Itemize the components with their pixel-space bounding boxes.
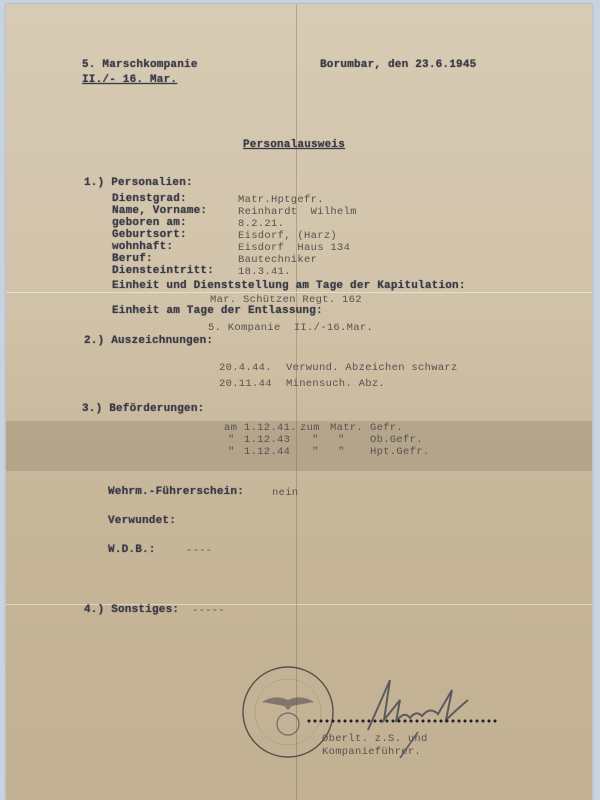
place-date: Borumbar, den 23.6.1945 <box>320 59 476 71</box>
field-label-beruf: Beruf: <box>112 253 153 265</box>
promotion-rank-prefix: Matr. <box>330 422 363 434</box>
field-value-name: Reinhardt Wilhelm <box>238 206 357 218</box>
field-value-diensteintritt: 18.3.41. <box>238 266 291 278</box>
promotion-rank: Hpt.Gefr. <box>370 446 429 458</box>
horizontal-fold <box>6 292 592 293</box>
award-date: 20.4.44. <box>219 362 272 374</box>
wdb-value: ---- <box>186 545 212 557</box>
field-value-geboren: 8.2.21. <box>238 218 284 230</box>
signature-rank-line: Oberlt. z.S. und <box>322 733 428 745</box>
fuehrerschein-value: nein <box>272 487 298 499</box>
award-text: Verwund. Abzeichen schwarz <box>286 362 458 374</box>
signature-role-line: Kompanieführer. <box>322 746 421 758</box>
field-label-geboren: geboren am: <box>112 217 187 229</box>
field-label-name: Name, Vorname: <box>112 205 207 217</box>
award-text: Minensuch. Abz. <box>286 378 385 390</box>
document-title: Personalausweis <box>243 139 345 151</box>
wdb-label: W.D.B.: <box>108 544 156 556</box>
field-value-beruf: Bautechniker <box>238 254 317 266</box>
section-befoerderungen-heading: 3.) Beförderungen: <box>82 403 204 415</box>
shadow-band <box>6 421 592 471</box>
field-label-geburtsort: Geburtsort: <box>112 229 187 241</box>
sonstiges-value: ----- <box>192 605 225 617</box>
field-label-wohnhaft: wohnhaft: <box>112 241 173 253</box>
unit-line-2: II./- 16. Mar. <box>82 74 177 86</box>
promotion-prefix: " <box>228 446 235 458</box>
promotion-rank: Gefr. <box>370 422 403 434</box>
unit-line-1: 5. Marschkompanie <box>82 59 198 71</box>
promotion-rank: Ob.Gefr. <box>370 434 423 446</box>
promotion-mid: " <box>312 434 319 446</box>
signature-dotted-line <box>306 719 498 723</box>
field-value-geburtsort: Eisdorf, (Harz) <box>238 230 337 242</box>
promotion-date: 1.12.44 <box>244 446 290 458</box>
promotion-prefix: am <box>224 422 237 434</box>
fuehrerschein-label: Wehrm.-Führerschein: <box>108 486 244 498</box>
promotion-mid: zum <box>300 422 320 434</box>
entlassung-value: 5. Kompanie II./-16.Mar. <box>208 322 373 334</box>
promotion-date: 1.12.41. <box>244 422 297 434</box>
section-personalien-heading: 1.) Personalien: <box>84 177 193 189</box>
field-label-diensteintritt: Diensteintritt: <box>112 265 214 277</box>
field-value-dienstgrad: Matr.Hptgefr. <box>238 194 324 206</box>
kapitulation-label: Einheit und Dienststellung am Tage der K… <box>112 280 466 292</box>
verwundet-label: Verwundet: <box>108 515 176 527</box>
entlassung-label: Einheit am Tage der Entlassung: <box>112 305 323 317</box>
section-auszeichnungen-heading: 2.) Auszeichnungen: <box>84 335 213 347</box>
field-label-dienstgrad: Dienstgrad: <box>112 193 187 205</box>
promotion-date: 1.12.43 <box>244 434 290 446</box>
section-sonstiges-heading: 4.) Sonstiges: <box>84 604 179 616</box>
award-date: 20.11.44 <box>219 378 272 390</box>
field-value-wohnhaft: Eisdorf Haus 134 <box>238 242 350 254</box>
promotion-rank-prefix: " <box>338 446 345 458</box>
promotion-prefix: " <box>228 434 235 446</box>
promotion-rank-prefix: " <box>338 434 345 446</box>
promotion-mid: " <box>312 446 319 458</box>
